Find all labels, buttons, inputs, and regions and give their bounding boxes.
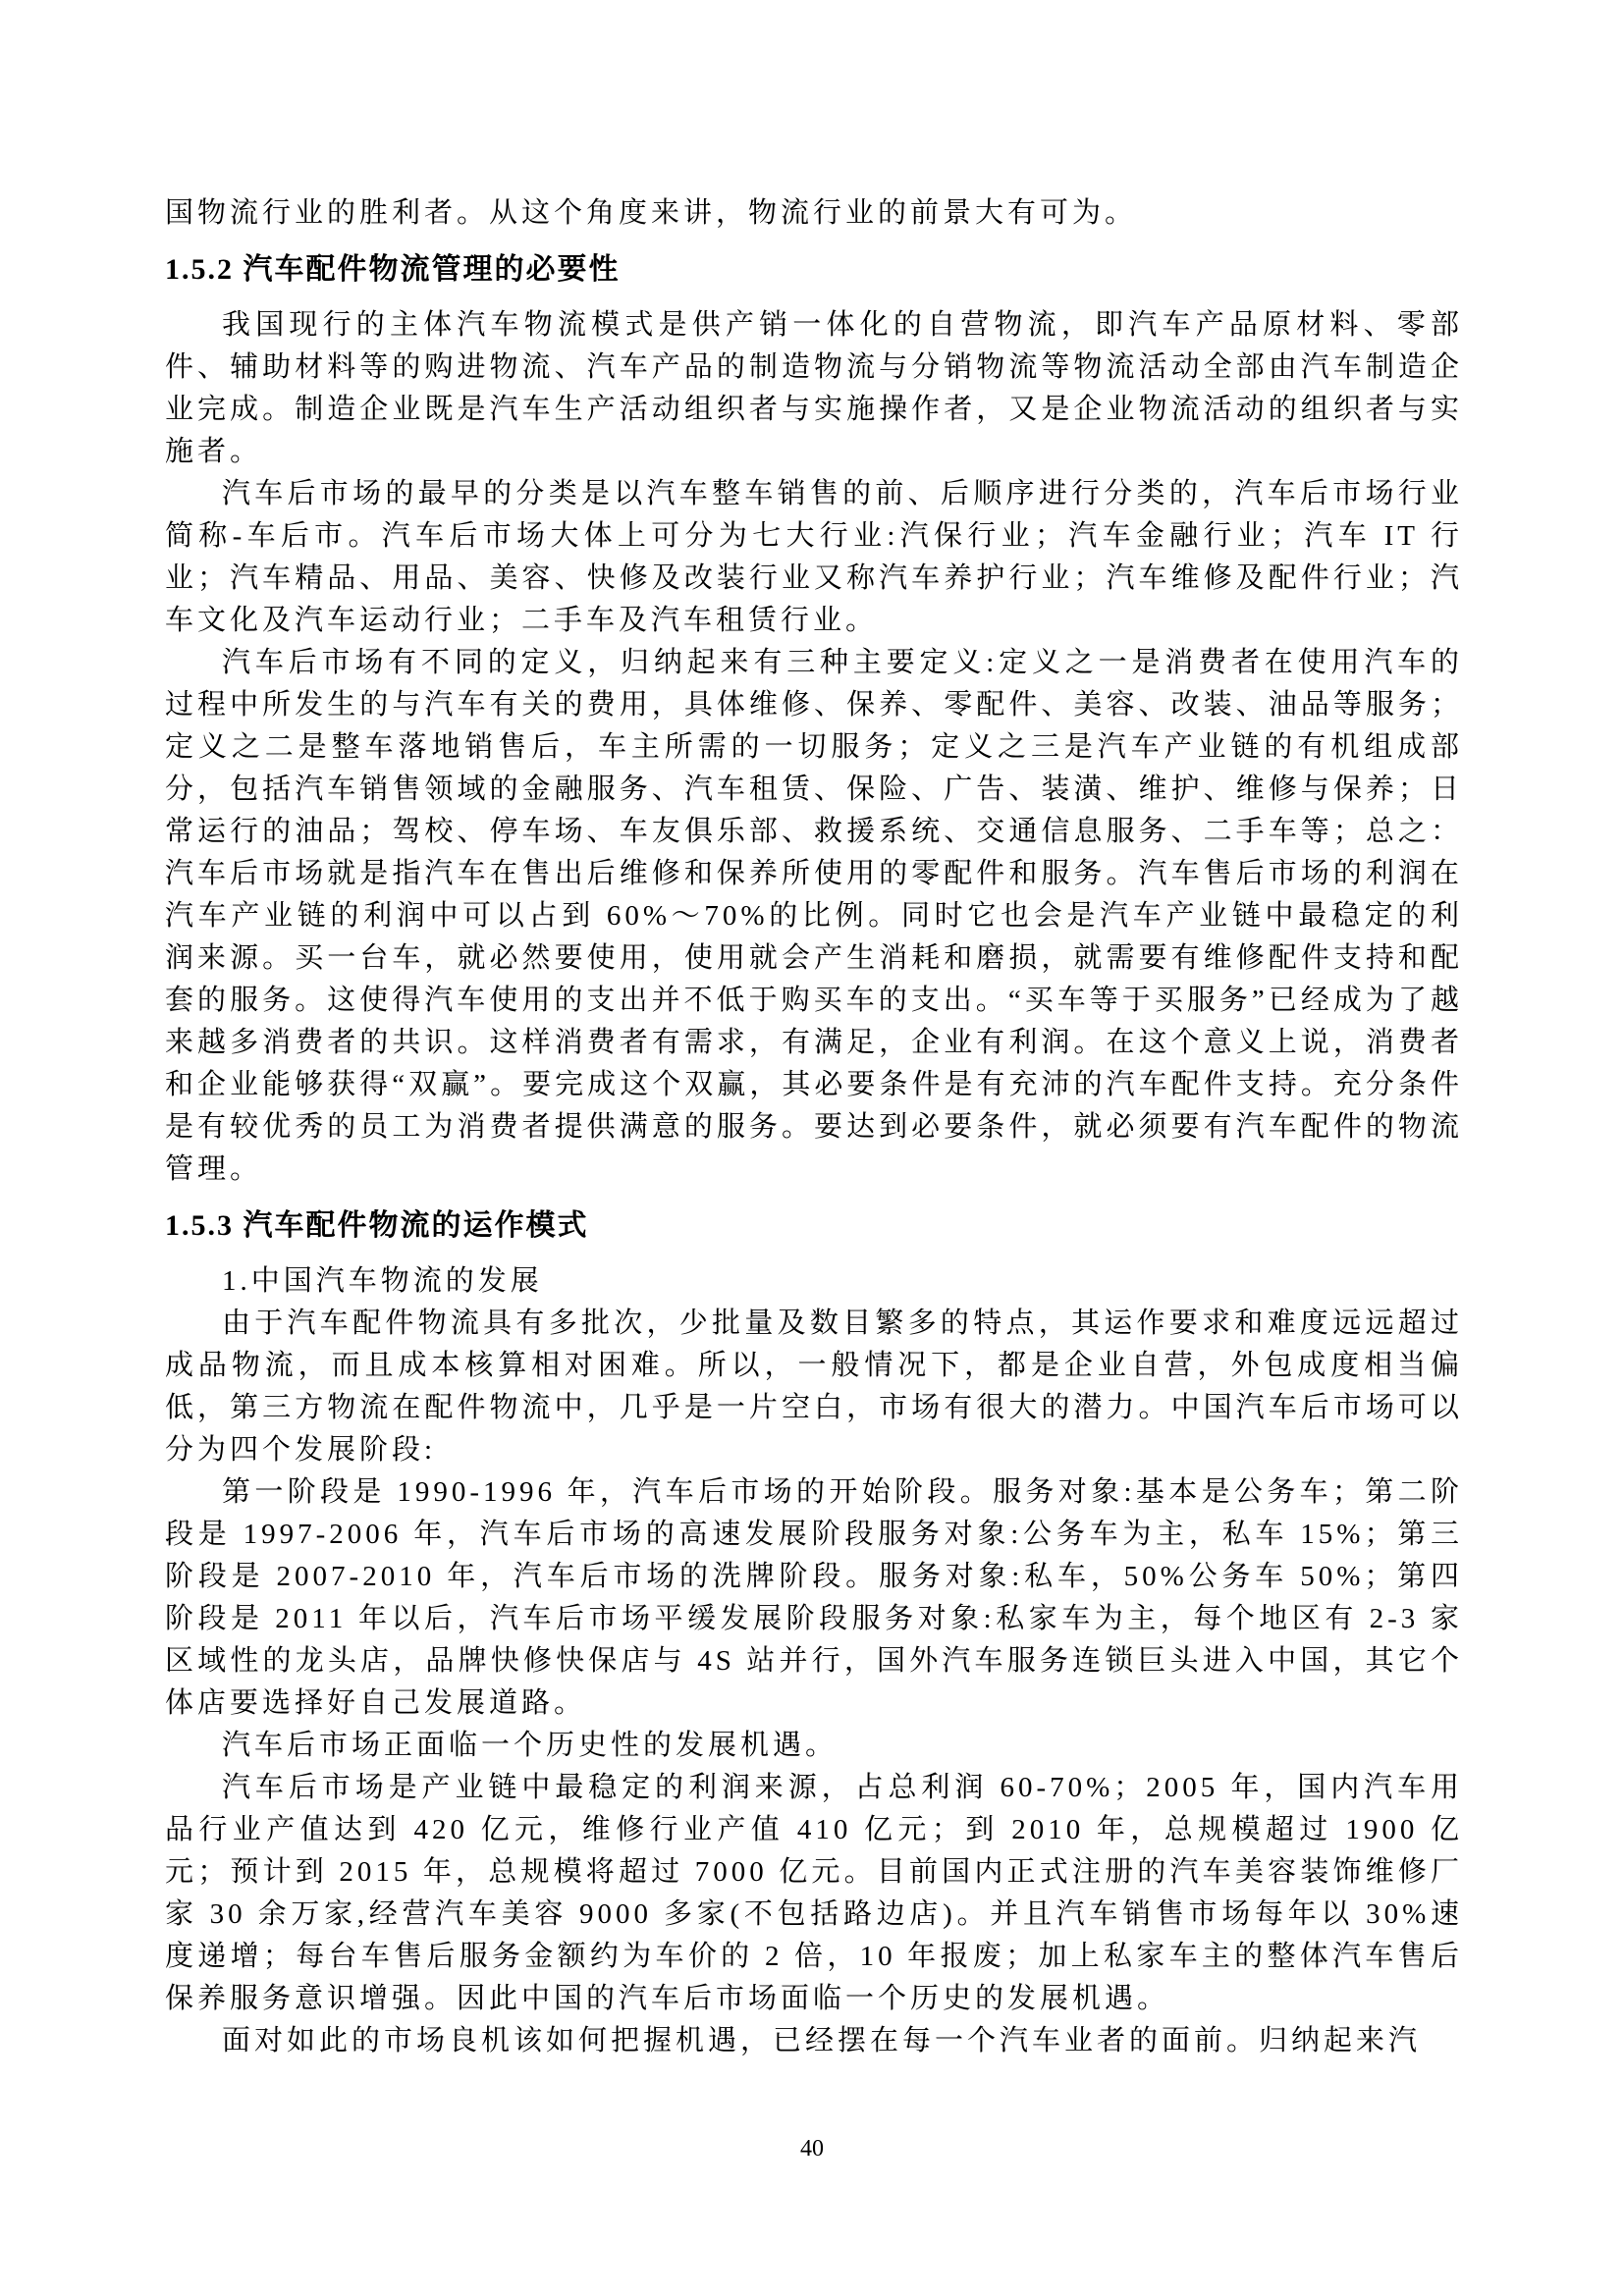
paragraph: 汽车后市场是产业链中最稳定的利润来源，占总利润 60-70%；2005 年，国内… [165,1767,1463,2020]
body-text-column: 国物流行业的胜利者。从这个角度来讲，物流行业的前景大有可为。 1.5.2 汽车配… [165,192,1463,2062]
paragraph: 第一阶段是 1990-1996 年，汽车后市场的开始阶段。服务对象:基本是公务车… [165,1471,1463,1725]
section-heading-1-5-2: 1.5.2 汽车配件物流管理的必要性 [165,248,1463,291]
paragraph: 汽车后市场正面临一个历史性的发展机遇。 [165,1725,1463,1767]
paragraph: 汽车后市场的最早的分类是以汽车整车销售的前、后顺序进行分类的，汽车后市场行业简称… [165,473,1463,642]
document-page: 国物流行业的胜利者。从这个角度来讲，物流行业的前景大有可为。 1.5.2 汽车配… [0,0,1624,2296]
paragraph-continuation: 国物流行业的胜利者。从这个角度来讲，物流行业的前景大有可为。 [165,192,1463,235]
paragraph: 我国现行的主体汽车物流模式是供产销一体化的自营物流，即汽车产品原材料、零部件、辅… [165,304,1463,473]
page-number: 40 [0,2136,1624,2163]
section-heading-1-5-3: 1.5.3 汽车配件物流的运作模式 [165,1204,1463,1247]
paragraph: 由于汽车配件物流具有多批次，少批量及数目繁多的特点，其运作要求和难度远远超过成品… [165,1303,1463,1471]
paragraph: 汽车后市场有不同的定义，归纳起来有三种主要定义:定义之一是消费者在使用汽车的过程… [165,642,1463,1191]
subsection-label: 1.中国汽车物流的发展 [165,1260,1463,1303]
paragraph: 面对如此的市场良机该如何把握机遇，已经摆在每一个汽车业者的面前。归纳起来汽 [165,2020,1463,2062]
